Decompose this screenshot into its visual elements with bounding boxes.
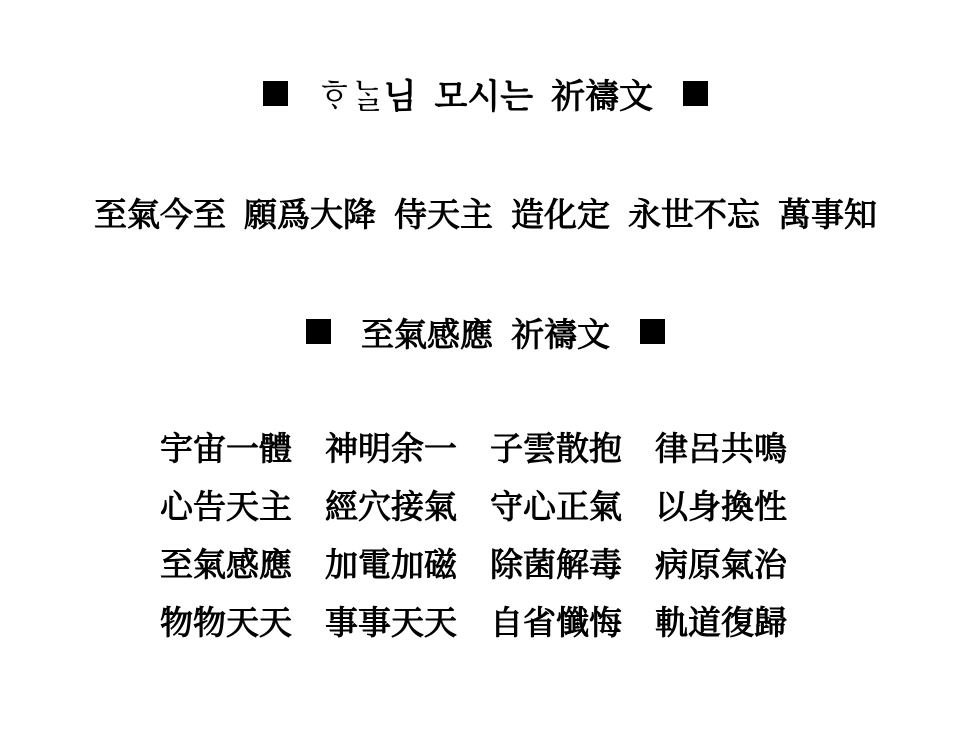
prayer-phrase: 宇宙一體 — [160, 432, 325, 465]
prayer-phrase: 以身換性 — [655, 490, 820, 523]
heading-hananim-prayer: ᄒᆞᄂᆞᆯ님모시는祈禱文 — [0, 80, 971, 114]
prayer-phrase: 守心正氣 — [490, 490, 655, 523]
mantra-line: 至氣今至願爲大降侍天主造化定永世不忘萬事知 — [0, 198, 971, 231]
heading-title: 祈禱文 — [511, 315, 610, 354]
square-bullet-icon — [683, 81, 708, 106]
prayer-phrase: 除菌解毒 — [490, 548, 655, 581]
mantra-phrase: 萬事知 — [778, 195, 877, 234]
heading-archaic-word: ᄒᆞᄂᆞᆯ — [318, 77, 384, 117]
heading-middle-word: 모시는 — [435, 77, 534, 117]
mantra-phrase: 至氣今至 — [94, 195, 226, 234]
prayer-phrase: 神明余一 — [325, 432, 490, 465]
heading-name: 至氣感應 — [361, 315, 493, 354]
heading-word-suffix: 님 — [384, 77, 417, 117]
mantra-phrase: 侍天主 — [394, 195, 493, 234]
prayer-grid: 宇宙一體 神明余一 子雲散抱 律呂共鳴 心告天主 經穴接氣 守心正氣 以身換性 … — [160, 432, 820, 664]
prayer-row: 至氣感應 加電加磁 除菌解毒 病原氣治 — [160, 548, 820, 606]
heading-title: 祈禱文 — [551, 77, 653, 117]
prayer-phrase: 事事天天 — [325, 606, 490, 639]
prayer-phrase: 物物天天 — [160, 606, 325, 639]
prayer-phrase: 病原氣治 — [655, 548, 820, 581]
prayer-phrase: 子雲散抱 — [490, 432, 655, 465]
prayer-phrase: 至氣感應 — [160, 548, 325, 581]
prayer-phrase: 經穴接氣 — [325, 490, 490, 523]
heading-jigi-gameung-prayer: 至氣感應祈禱文 — [0, 318, 971, 351]
square-bullet-icon — [640, 319, 665, 344]
square-bullet-icon — [306, 319, 331, 344]
square-bullet-icon — [263, 81, 288, 106]
mantra-phrase: 永世不忘 — [628, 195, 760, 234]
prayer-row: 物物天天 事事天天 自省懺悔 軌道復歸 — [160, 606, 820, 664]
prayer-row: 宇宙一體 神明余一 子雲散抱 律呂共鳴 — [160, 432, 820, 490]
prayer-phrase: 心告天主 — [160, 490, 325, 523]
mantra-phrase: 造化定 — [511, 195, 610, 234]
prayer-phrase: 軌道復歸 — [655, 606, 820, 639]
prayer-phrase: 自省懺悔 — [490, 606, 655, 639]
prayer-row: 心告天主 經穴接氣 守心正氣 以身換性 — [160, 490, 820, 548]
prayer-phrase: 加電加磁 — [325, 548, 490, 581]
prayer-phrase: 律呂共鳴 — [655, 432, 820, 465]
mantra-phrase: 願爲大降 — [244, 195, 376, 234]
